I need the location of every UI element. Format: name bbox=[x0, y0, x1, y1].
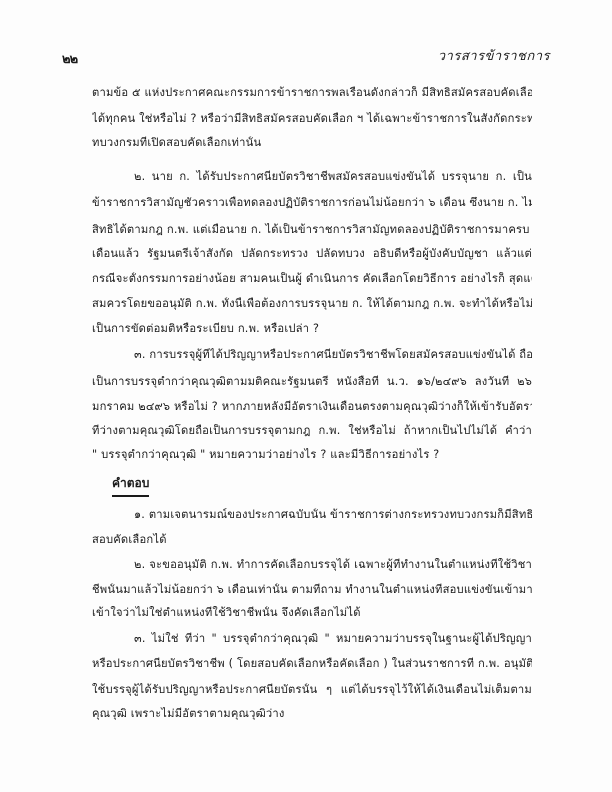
page-number: ๒๒ bbox=[62, 48, 77, 69]
text-line: ตามข้อ ๕ แห่งประกาศคณะกรรมการข้าราชการพล… bbox=[92, 86, 532, 100]
question-3-line: เป็นการบรรจุต่ำกว่าคุณวุฒิตามมติคณะรัฐมน… bbox=[92, 375, 532, 389]
answer-3-line: คุณวุฒิ เพราะไม่มีอัตราตามคุณวุฒิว่าง bbox=[92, 707, 532, 721]
question-2-line: สิทธิได้ตามกฎ ก.พ. แต่เมื่อนาย ก. ได้เป็… bbox=[92, 223, 532, 237]
question-2-line: เป็นการขัดต่อมติหรือระเบียบ ก.พ. หรือเปล… bbox=[92, 322, 532, 336]
answer-2-line: เข้าใจว่าไม่ใช่ตำแหน่งที่ใช้วิชาชีพนั้น … bbox=[92, 606, 532, 620]
document-page: ๒๒ วารสารข้าราชการ ตามข้อ ๕ แห่งประกาศคณ… bbox=[0, 0, 612, 792]
question-3-line: มกราคม ๒๔๙๖ หรือไม่ ? หากภายหลังมีอัตราเ… bbox=[92, 400, 532, 414]
question-2-line: เดือนแล้ว รัฐมนตรีเจ้าสังกัด ปลัดกระทรวง… bbox=[92, 247, 532, 261]
question-3-line: ที่ว่างตามคุณวุฒิโดยถือเป็นการบรรจุตามกฎ… bbox=[92, 424, 532, 438]
answer-1-line: ๑. ตามเจตนารมณ์ของประกาศฉบับนั้น ข้าราชก… bbox=[134, 508, 532, 522]
answer-1-line: สอบคัดเลือกได้ bbox=[92, 533, 532, 547]
question-2-line: สมควรโดยขออนุมัติ ก.พ. ทั้งนี้เพื่อต้องก… bbox=[92, 297, 532, 311]
answer-heading: คำตอบ bbox=[112, 474, 149, 497]
journal-title: วารสารข้าราชการ bbox=[438, 45, 550, 66]
question-3-line: " บรรจุต่ำกว่าคุณวุฒิ " หมายความว่าอย่าง… bbox=[92, 448, 532, 462]
text-line: ได้ทุกคน ใช่หรือไม่ ? หรือว่ามีสิทธิสมัค… bbox=[92, 112, 532, 126]
answer-3-line: ๓. ไม่ใช่ ที่ว่า " บรรจุต่ำกว่าคุณวุฒิ "… bbox=[134, 632, 532, 646]
answer-2-line: ๒. จะขออนุมัติ ก.พ. ทำการคัดเลือกบรรจุได… bbox=[134, 558, 532, 572]
answer-2-line: ชีพนั้นมาแล้วไม่น้อยกว่า ๖ เดือนเท่านั้น… bbox=[92, 583, 532, 597]
answer-3-line: หรือประกาศนียบัตรวิชาชีพ ( โดยสอบคัดเลือ… bbox=[92, 657, 532, 671]
question-2-line: ๒. นาย ก. ได้รับประกาศนียบัตรวิชาชีพสมัค… bbox=[134, 170, 532, 184]
question-2-line: ข้าราชการวิสามัญชั่วคราวเพื่อทดลองปฏิบัต… bbox=[92, 196, 532, 210]
question-2-line: กรณีจะตั้งกรรมการอย่างน้อย สามคนเป็นผู้ … bbox=[92, 272, 532, 286]
text-line: ทบวงกรมที่เปิดสอบคัดเลือกเท่านั้น bbox=[92, 136, 532, 150]
question-3-line: ๓. การบรรจุผู้ที่ได้ปริญญาหรือประกาศนียบ… bbox=[134, 348, 532, 362]
answer-3-line: ใช้บรรจุผู้ได้รับปริญญาหรือประกาศนียบัตร… bbox=[92, 683, 532, 697]
